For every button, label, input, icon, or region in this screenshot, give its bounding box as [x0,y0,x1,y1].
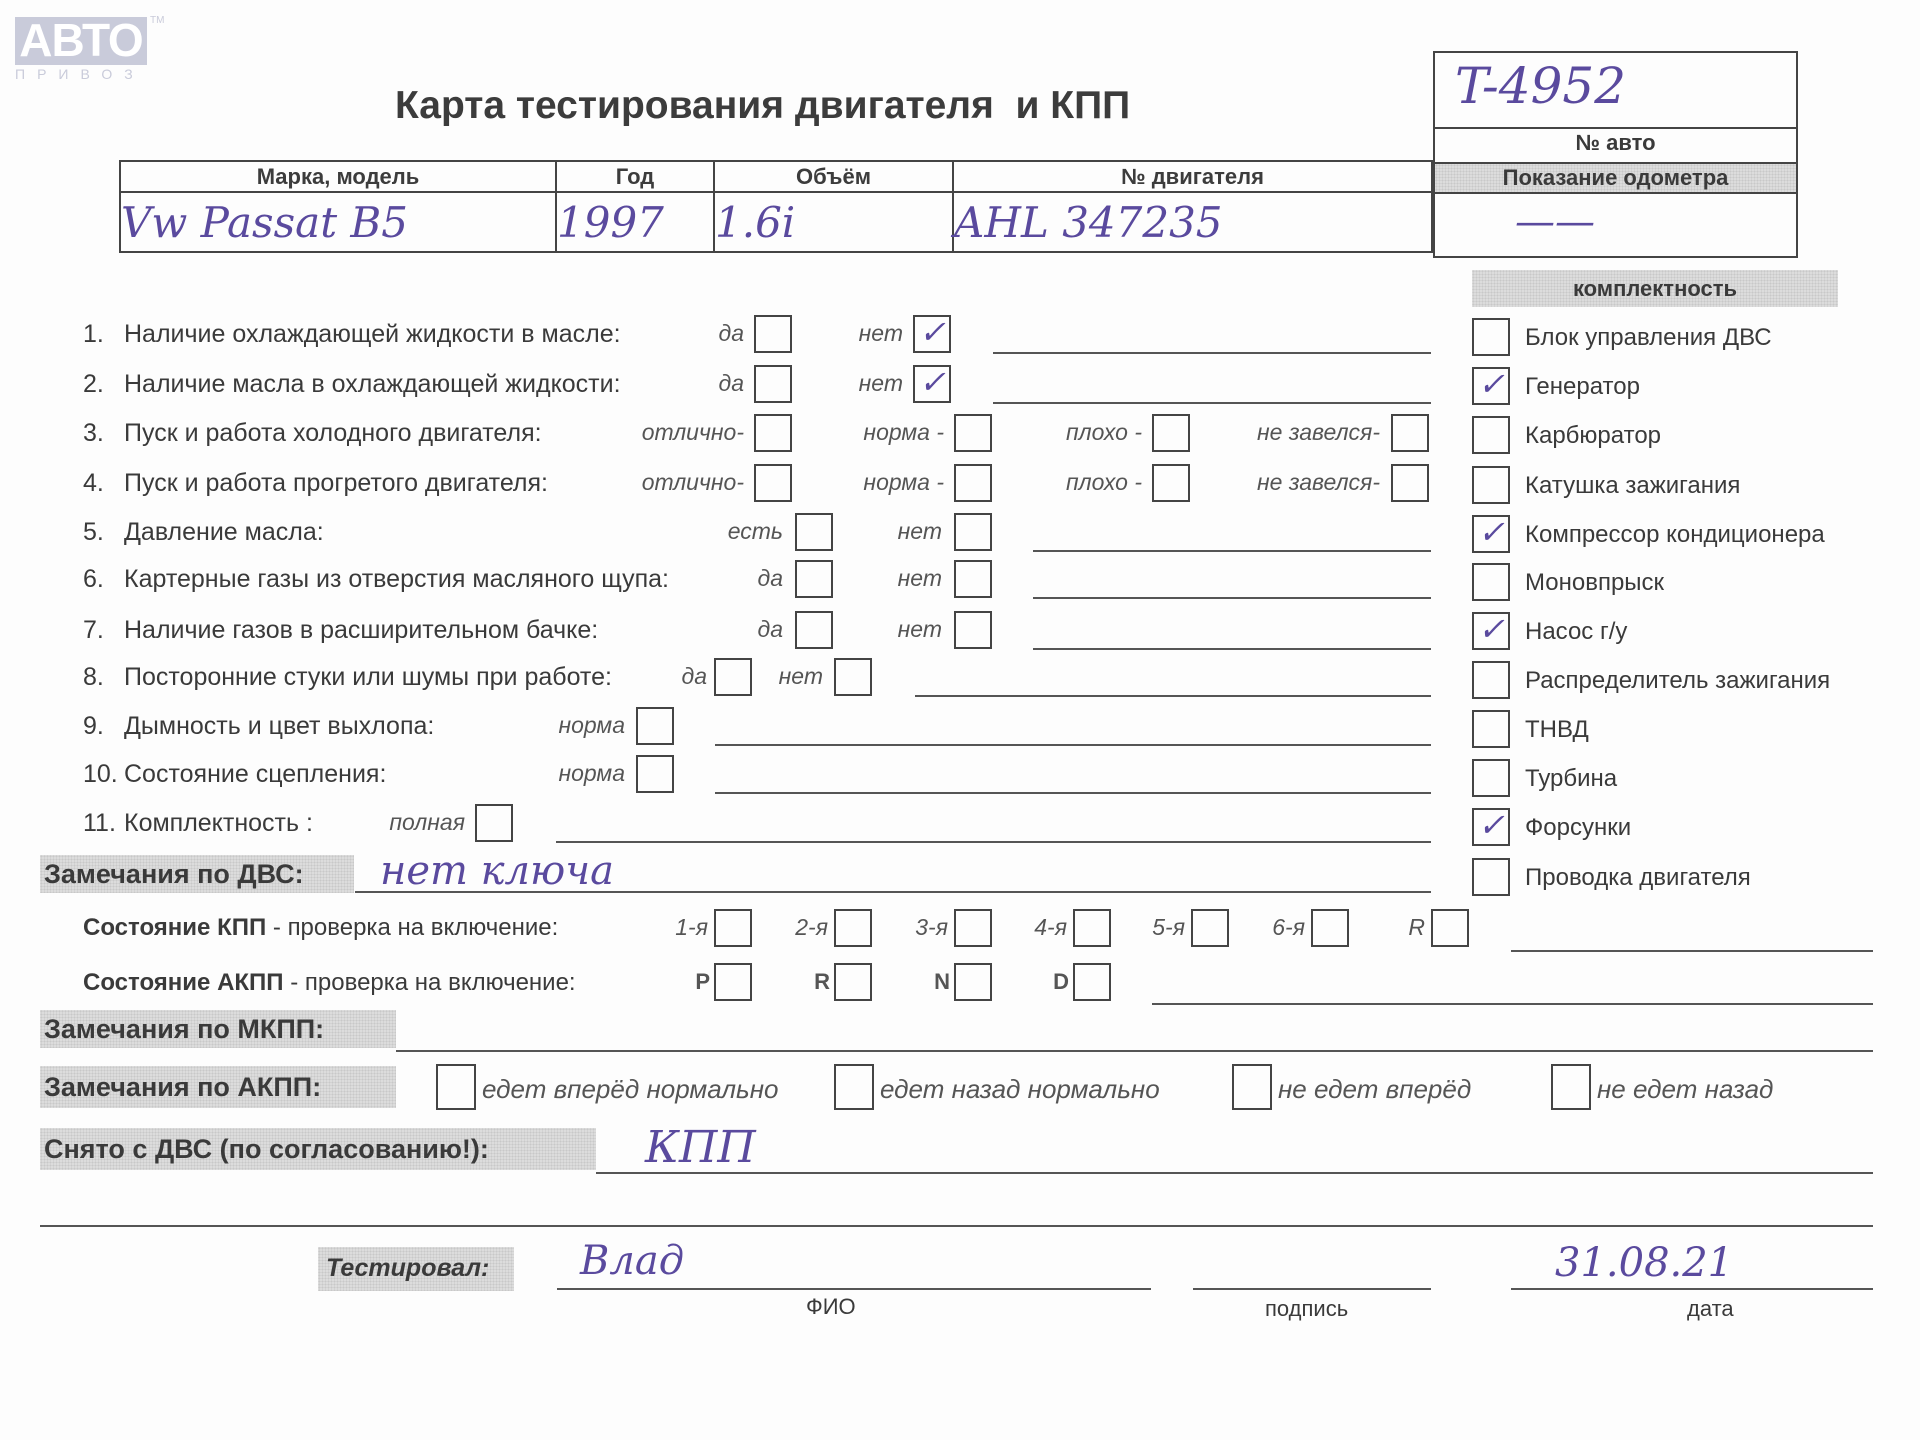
gear-checkbox[interactable] [834,909,872,947]
completeness-item-label: Карбюратор [1525,422,1661,450]
option-checkbox[interactable] [475,804,513,842]
mkpp-remarks-line[interactable] [396,1050,1873,1052]
gear-label: 5-я [1152,914,1185,941]
completeness-checkbox[interactable] [1472,759,1510,797]
check-label: Посторонние стуки или шумы при работе: [124,663,612,692]
mode-checkbox[interactable] [714,963,752,1001]
option-label: отлично- [642,419,744,446]
option-label: нет [779,663,823,690]
auto-gearbox-line [1152,1003,1873,1005]
check-mark-icon: ✓ [1478,806,1505,844]
completeness-checkbox[interactable]: ✓ [1472,515,1510,553]
check-mark-icon: ✓ [1478,610,1505,648]
completeness-item-label: Распределитель зажигания [1525,667,1830,695]
option-checkbox[interactable] [1152,414,1190,452]
header-year: Год [556,161,714,192]
option-checkbox[interactable] [1152,464,1190,502]
check-label: Давление масла: [124,518,324,547]
notes-line[interactable] [993,402,1431,404]
option-checkbox[interactable]: ✓ [913,365,951,403]
gear-label: 4-я [1034,914,1067,941]
tested-label: Тестировал: [326,1254,489,1283]
check-label: Дымность и цвет выхлопа: [124,712,434,741]
manual-gearbox-label: Состояние КПП - проверка на включение: [83,914,558,942]
gear-checkbox[interactable] [714,909,752,947]
logo-brand: АВТО [15,14,147,66]
completeness-checkbox[interactable]: ✓ [1472,808,1510,846]
check-label: Наличие газов в расширительном бачке: [124,616,598,645]
odometer-value[interactable]: —— [1515,199,1595,245]
tester-name-value[interactable]: Влад [580,1238,684,1284]
check-number: 10. [83,760,118,789]
option-label: да [718,320,744,347]
mode-label: D [1053,969,1069,995]
option-checkbox[interactable] [754,365,792,403]
check-label: Картерные газы из отверстия масляного щу… [124,565,669,594]
notes-line[interactable] [1033,648,1431,650]
removed-line [596,1172,1873,1174]
akpp-option-checkbox[interactable] [436,1064,476,1110]
manual-gearbox-label-bold: Состояние КПП [83,914,266,941]
car-info-table: Марка, модель Год Объём № двигателя Vw P… [119,160,1433,253]
mode-checkbox[interactable] [1073,963,1111,1001]
completeness-checkbox[interactable] [1472,563,1510,601]
auto-number-label: № авто [1435,130,1796,156]
logo-subtitle: ПРИВОЗ [15,66,147,82]
option-label: не завелся- [1257,469,1380,496]
completeness-checkbox[interactable] [1472,858,1510,896]
date-caption: дата [1687,1296,1734,1322]
option-checkbox[interactable] [954,464,992,502]
removed-label: Снято с ДВС (по согласованию!): [44,1134,489,1165]
gear-checkbox[interactable] [1191,909,1229,947]
option-label: нет [898,616,942,643]
completeness-checkbox[interactable] [1472,416,1510,454]
completeness-checkbox[interactable] [1472,466,1510,504]
gear-checkbox[interactable] [954,909,992,947]
gear-label: 1-я [675,914,708,941]
auto-number-value[interactable]: T-4952 [1455,57,1626,115]
mode-label: N [934,969,950,995]
date-line [1511,1288,1873,1290]
value-year[interactable]: 1997 [556,192,714,252]
option-checkbox[interactable] [1391,414,1429,452]
completeness-item-label: Компрессор кондиционера [1525,521,1825,549]
check-label: Наличие масла в охлаждающей жидкости: [124,370,621,399]
check-label: Состояние сцепления: [124,760,386,789]
completeness-checkbox[interactable]: ✓ [1472,612,1510,650]
completeness-item-label: Моновпрыск [1525,569,1664,597]
check-number: 7. [83,616,104,645]
check-number: 5. [83,518,104,547]
option-checkbox[interactable] [834,658,872,696]
option-checkbox[interactable] [795,611,833,649]
logo-trademark: TM [150,15,164,26]
completeness-title: комплектность [1472,270,1838,307]
check-mark-icon: ✓ [1478,513,1505,551]
gear-label: 6-я [1272,914,1305,941]
akpp-option-checkbox[interactable] [1232,1064,1272,1110]
option-label: нет [898,565,942,592]
option-label: норма [558,712,625,739]
option-label: нет [898,518,942,545]
gear-label: R [1408,914,1425,941]
completeness-item-label: Насос г/у [1525,618,1627,646]
option-label: не завелся- [1257,419,1380,446]
gear-checkbox[interactable] [1311,909,1349,947]
signature-line[interactable] [1193,1288,1431,1290]
notes-line[interactable] [993,352,1431,354]
name-line [557,1288,1151,1290]
option-label: отлично- [642,469,744,496]
option-checkbox[interactable] [795,513,833,551]
check-label: Наличие охлаждающей жидкости в масле: [124,320,621,349]
auto-gearbox-label-rest: - проверка на включение: [284,969,576,996]
option-label: плохо - [1066,469,1142,496]
completeness-checkbox[interactable] [1472,318,1510,356]
check-mark-icon: ✓ [919,313,946,351]
option-label: да [681,663,707,690]
removed-value[interactable]: КПП [645,1122,756,1173]
engine-remarks-value[interactable]: нет ключа [380,848,614,894]
manual-gearbox-label-rest: - проверка на включение: [266,914,558,941]
mode-checkbox[interactable] [954,963,992,1001]
option-checkbox[interactable] [1391,464,1429,502]
divider-line [40,1225,1873,1227]
notes-line[interactable] [1033,597,1431,599]
option-label: да [718,370,744,397]
option-label: есть [728,518,783,545]
auto-gearbox-label-bold: Состояние АКПП [83,969,284,996]
mode-label: P [695,969,710,995]
option-checkbox[interactable]: ✓ [913,315,951,353]
option-label: плохо - [1066,419,1142,446]
option-checkbox[interactable] [954,414,992,452]
check-number: 9. [83,712,104,741]
value-engine-number[interactable]: AHL 347235 [953,192,1432,252]
gear-label: 3-я [915,914,948,941]
name-caption: ФИО [806,1294,856,1320]
check-number: 11. [83,809,116,838]
check-number: 3. [83,419,104,448]
check-mark-icon: ✓ [919,363,946,401]
check-label: Пуск и работа прогретого двигателя: [124,469,548,498]
completeness-item-label: ТНВД [1525,716,1589,744]
completeness-item-label: Катушка зажигания [1525,472,1740,500]
header-make-model: Марка, модель [120,161,556,192]
notes-line[interactable] [1033,550,1431,552]
akpp-option-checkbox[interactable] [834,1064,874,1110]
gear-label: 2-я [795,914,828,941]
value-make-model[interactable]: Vw Passat B5 [120,192,556,252]
header-engine-number: № двигателя [953,161,1432,192]
akpp-option-label: едет назад нормально [880,1074,1160,1105]
mode-label: R [814,969,830,995]
completeness-checkbox[interactable] [1472,661,1510,699]
check-label: Пуск и работа холодного двигателя: [124,419,542,448]
completeness-item-label: Проводка двигателя [1525,864,1751,892]
date-value[interactable]: 31.08.21 [1555,1240,1733,1286]
completeness-item-label: Форсунки [1525,814,1631,842]
completeness-checkbox[interactable]: ✓ [1472,367,1510,405]
akpp-option-label: едет вперёд нормально [482,1074,778,1105]
option-label: да [757,616,783,643]
option-checkbox[interactable] [636,707,674,745]
check-number: 4. [83,469,104,498]
option-checkbox[interactable] [636,755,674,793]
option-checkbox[interactable] [954,513,992,551]
option-checkbox[interactable] [754,315,792,353]
check-number: 2. [83,370,104,399]
completeness-item-label: Блок управления ДВС [1525,324,1772,352]
option-label: нет [859,370,903,397]
odometer-label: Показание одометра [1435,164,1796,192]
notes-line[interactable] [715,792,1431,794]
akpp-option-checkbox[interactable] [1551,1064,1591,1110]
option-checkbox[interactable] [754,464,792,502]
notes-line[interactable] [715,744,1431,746]
notes-line[interactable] [915,695,1431,697]
check-number: 8. [83,663,104,692]
check-number: 1. [83,320,104,349]
option-label: нет [859,320,903,347]
mkpp-remarks-label: Замечания по МКПП: [44,1014,324,1045]
header-volume: Объём [714,161,953,192]
akpp-option-label: не едет назад [1597,1074,1773,1105]
auto-gearbox-label: Состояние АКПП - проверка на включение: [83,969,576,997]
option-checkbox[interactable] [714,658,752,696]
completeness-item-label: Турбина [1525,765,1617,793]
option-label: норма - [863,469,944,496]
completeness-checkbox[interactable] [1472,710,1510,748]
option-label: норма - [863,419,944,446]
gear-checkbox[interactable] [1431,909,1469,947]
page-title: Карта тестирования двигателя и КПП [395,84,1130,128]
akpp-option-label: не едет вперёд [1278,1074,1471,1105]
auto-number-box: T-4952 № авто Показание одометра —— [1433,51,1798,258]
gear-checkbox[interactable] [1073,909,1111,947]
manual-gearbox-line [1511,950,1873,952]
engine-remarks-label: Замечания по ДВС: [44,859,304,890]
akpp-remarks-label: Замечания по АКПП: [44,1072,321,1103]
completeness-item-label: Генератор [1525,373,1640,401]
option-checkbox[interactable] [954,611,992,649]
value-volume[interactable]: 1.6i [714,192,953,252]
option-checkbox[interactable] [754,414,792,452]
option-checkbox[interactable] [954,560,992,598]
signature-caption: подпись [1265,1296,1348,1322]
option-label: норма [558,760,625,787]
option-label: да [757,565,783,592]
option-label: полная [389,809,465,836]
check-label: Комплектность : [124,809,313,838]
check-mark-icon: ✓ [1478,365,1505,403]
option-checkbox[interactable] [795,560,833,598]
mode-checkbox[interactable] [834,963,872,1001]
check-number: 6. [83,565,104,594]
notes-line[interactable] [556,841,1431,843]
